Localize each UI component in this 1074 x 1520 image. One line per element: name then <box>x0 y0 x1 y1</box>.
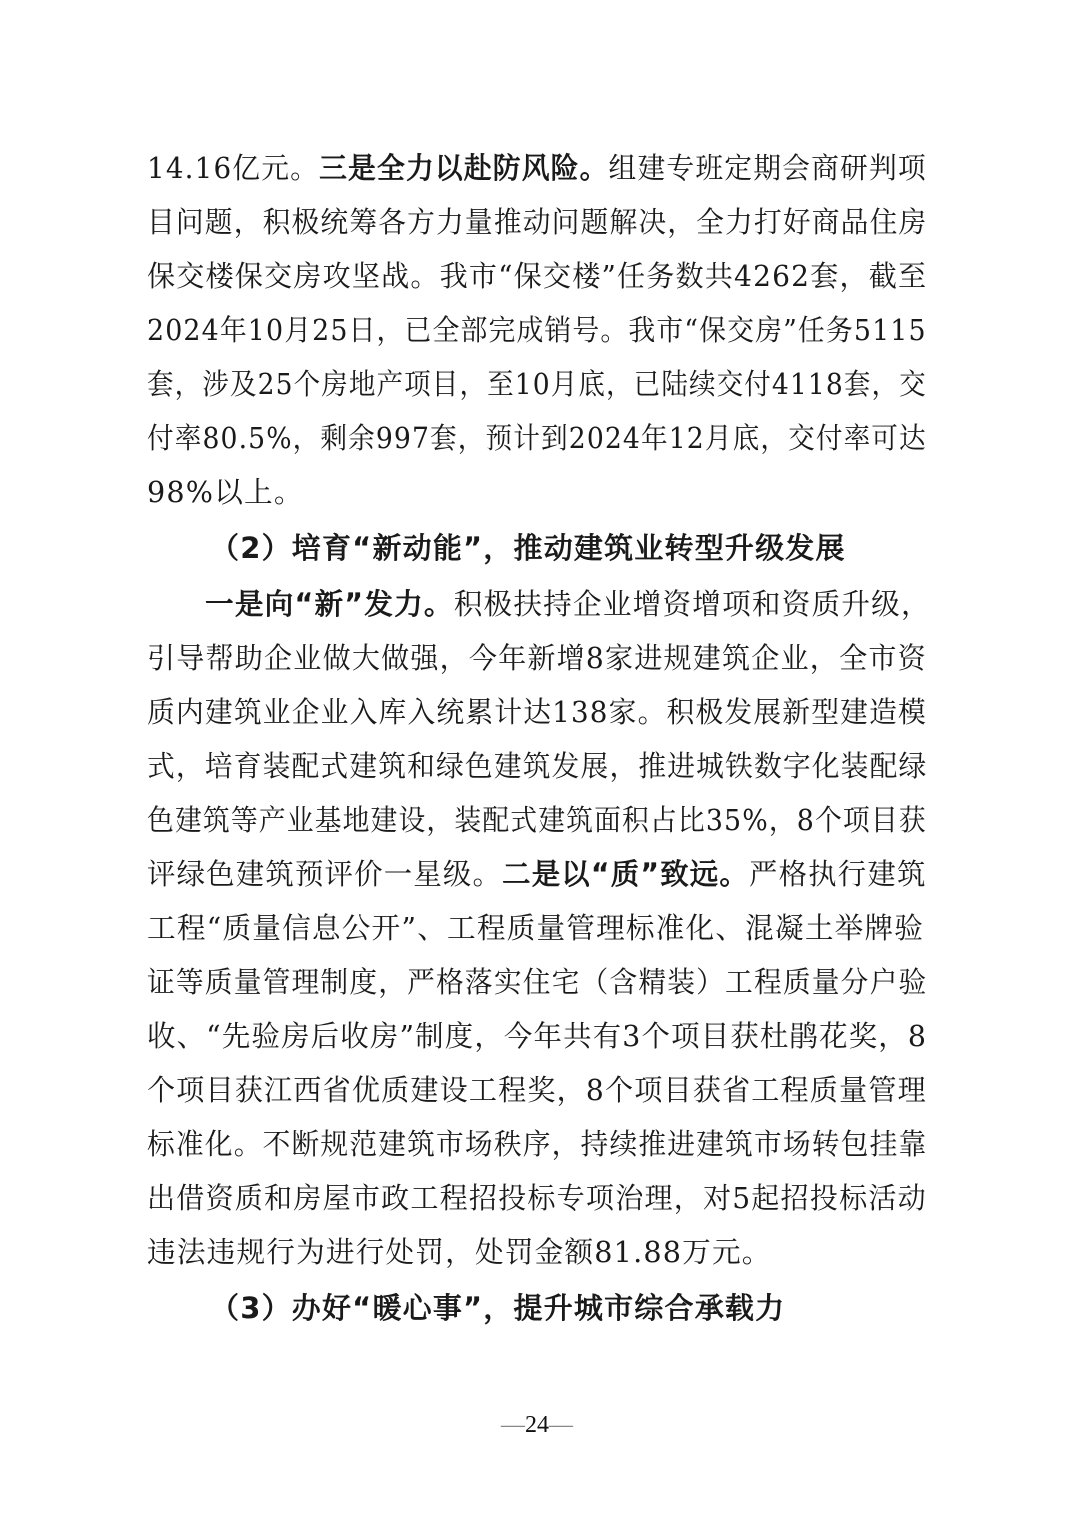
text-run: 引导帮助企业做大做强，今年新增8家进规建筑企业，全市资 <box>147 641 927 675</box>
text-run: 2024年10月25日，已全部完成销号。我市“保交房”任务5115 <box>147 313 927 347</box>
paragraph-line: 评绿色建筑预评价一星级。二是以“质”致远。严格执行建筑 <box>147 854 921 894</box>
paragraph-line: 一是向“新”发力。积极扶持企业增资增项和资质升级， <box>205 584 985 624</box>
page-number-footer: —24— <box>0 1412 1074 1439</box>
bold-lead-phrase: 二是以“质”致远。 <box>502 857 749 891</box>
paragraph-line: 付率80.5%，剩余997套，预计到2024年12月底，交付率可达 <box>147 418 873 458</box>
section-heading-2: （2）培育“新动能”，推动建筑业转型升级发展 <box>210 528 1000 568</box>
text-run: 出借资质和房屋市政工程招投标专项治理，对5起招投标活动 <box>147 1181 927 1215</box>
dash-right: — <box>549 1412 573 1438</box>
text-run: 评绿色建筑预评价一星级。 <box>147 857 502 891</box>
bold-lead-phrase: 三是全力以赴防风险。 <box>319 151 608 185</box>
text-run: 付率80.5%，剩余997套，预计到2024年12月底，交付率可达 <box>147 421 927 455</box>
text-run: 质内建筑业企业入库入统累计达138家。积极发展新型建造模 <box>147 695 927 729</box>
paragraph-line: 收、“先验房后收房”制度，今年共有3个项目获杜鹃花奖，8 <box>147 1016 921 1056</box>
text-run: 收、“先验房后收房”制度，今年共有3个项目获杜鹃花奖，8 <box>147 1019 927 1053</box>
text-run: 色建筑等产业基地建设，装配式建筑面积占比35%，8个项目获 <box>147 803 927 837</box>
paragraph-line: 出借资质和房屋市政工程招投标专项治理，对5起招投标活动 <box>147 1178 912 1218</box>
section-heading-3: （3）办好“暖心事”，提升城市综合承载力 <box>210 1288 1000 1328</box>
text-run: 式，培育装配式建筑和绿色建筑发展，推进城铁数字化装配绿 <box>147 749 927 783</box>
paragraph-line: 证等质量管理制度，严格落实住宅（含精装）工程质量分户验 <box>147 962 903 1002</box>
paragraph-line: 个项目获江西省优质建设工程奖，8个项目获省工程质量管理 <box>147 1070 912 1110</box>
paragraph-line: 目问题，积极统筹各方力量推动问题解决，全力打好商品住房 <box>147 202 903 242</box>
text-run: 目问题，积极统筹各方力量推动问题解决，全力打好商品住房 <box>147 205 927 239</box>
paragraph-line: 套，涉及25个房地产项目，至10月底，已陆续交付4118套，交 <box>147 364 870 404</box>
text-run: 98%以上。 <box>147 475 304 509</box>
paragraph-line: 98%以上。 <box>147 472 927 512</box>
paragraph-line: 标准化。不断规范建筑市场秩序，持续推进建筑市场转包挂靠 <box>147 1124 903 1164</box>
text-run: 个项目获江西省优质建设工程奖，8个项目获省工程质量管理 <box>147 1073 927 1107</box>
text-run: 标准化。不断规范建筑市场秩序，持续推进建筑市场转包挂靠 <box>147 1127 927 1161</box>
text-run: 套，涉及25个房地产项目，至10月底，已陆续交付4118套，交 <box>147 367 927 401</box>
dash-left: — <box>501 1412 525 1438</box>
bold-lead-phrase: 一是向“新”发力。 <box>205 587 454 621</box>
text-run: 14.16亿元。 <box>147 151 319 185</box>
text-run: 保交楼保交房攻坚战。我市“保交楼”任务数共4262套，截至 <box>147 259 927 293</box>
paragraph-line: 工程“质量信息公开”、工程质量管理标准化、混凝土举牌验 <box>147 908 927 948</box>
paragraph-line: 质内建筑业企业入库入统累计达138家。积极发展新型建造模 <box>147 692 904 732</box>
text-run: 违法违规行为进行处罚，处罚金额81.88万元。 <box>147 1235 772 1269</box>
paragraph-line: 14.16亿元。三是全力以赴防风险。组建专班定期会商研判项 <box>147 148 904 188</box>
paragraph-line: 保交楼保交房攻坚战。我市“保交楼”任务数共4262套，截至 <box>147 256 912 296</box>
text-run: 工程“质量信息公开”、工程质量管理标准化、混凝土举牌验 <box>147 911 924 945</box>
paragraph-line: 色建筑等产业基地建设，装配式建筑面积占比35%，8个项目获 <box>147 800 878 840</box>
paragraph-line: 引导帮助企业做大做强，今年新增8家进规建筑企业，全市资 <box>147 638 912 678</box>
page-number: 24 <box>525 1412 549 1438</box>
text-run: 严格执行建筑 <box>749 857 927 891</box>
text-run: 证等质量管理制度，严格落实住宅（含精装）工程质量分户验 <box>147 965 927 999</box>
paragraph-line: 2024年10月25日，已全部完成销号。我市“保交房”任务5115 <box>147 310 879 350</box>
text-run: 积极扶持企业增资增项和资质升级， <box>454 587 931 621</box>
paragraph-line: 式，培育装配式建筑和绿色建筑发展，推进城铁数字化装配绿 <box>147 746 903 786</box>
document-page: 14.16亿元。三是全力以赴防风险。组建专班定期会商研判项 目问题，积极统筹各方… <box>0 0 1074 1520</box>
text-run: 组建专班定期会商研判项 <box>609 151 927 185</box>
paragraph-line: 违法违规行为进行处罚，处罚金额81.88万元。 <box>147 1232 927 1272</box>
